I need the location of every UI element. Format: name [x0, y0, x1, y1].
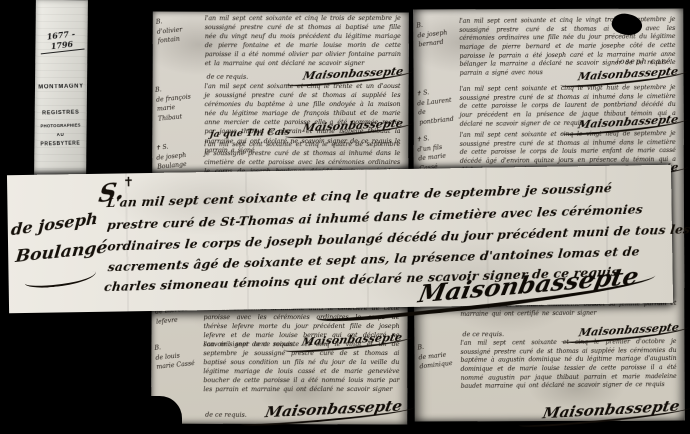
film-title-line: REGISTRES	[35, 109, 87, 116]
burial-record: ✝ S. de Laurent de pontbriand l'an mil s…	[414, 85, 684, 130]
magnified-entry-overlay: ✝ S. de joseph Boulangé L'an mil sept ce…	[7, 165, 673, 313]
record-closing: de ce requis.	[207, 73, 249, 81]
baptism-record: B. de joseph bernard l'an mil sept cent …	[413, 17, 683, 82]
microfilm-frame: 1677 - 1796 MONTMAGNY REGISTRES PHOTOGRA…	[0, 0, 690, 434]
margin-note: ✝ S. de Laurent de pontbriand	[416, 85, 460, 128]
priest-signature: Maisonbassepte	[264, 397, 404, 421]
film-years: 1677 - 1796	[38, 28, 84, 55]
record-text: l'an mil sept cent soixante et cinq le p…	[460, 338, 676, 392]
film-title-line: MONTMAGNY	[35, 83, 87, 90]
record-closing: de ce requis.	[205, 411, 247, 419]
film-title-line: AU	[34, 131, 86, 137]
priest-signature: Maisonbassepte	[541, 397, 681, 423]
baptism-record: B. de marie dominique l'an mil sept cent…	[414, 339, 684, 420]
baptism-record: B. de françois marie Thibaut l'an mil se…	[152, 81, 408, 132]
film-title-card: 1677 - 1796 MONTMAGNY REGISTRES PHOTOGRA…	[34, 0, 88, 176]
overlay-margin-line: de joseph	[10, 209, 98, 240]
film-defect-mark	[519, 0, 561, 9]
margin-note: ✝ S. de joseph Boulange	[155, 139, 204, 172]
margin-note: B. de louis marie Cassé	[154, 339, 203, 372]
margin-note: B. d'olivier fontain	[155, 13, 204, 46]
priest-signature: Maisonbassepte	[578, 321, 681, 340]
film-title-line: PHOTOGRAPHIES	[35, 122, 87, 128]
record-text: l'an mil sept cent soixante et cinq le v…	[203, 340, 399, 395]
flourish-line	[24, 271, 97, 289]
margin-note: B. de françois marie Thibaut	[155, 81, 205, 124]
margin-note: B. de joseph bernard	[416, 17, 459, 50]
godfather-signature: ioseph caré	[617, 57, 672, 66]
record-text: l'an mil sept cent soixante et cinq le t…	[205, 14, 401, 69]
baptism-record: B. d'olivier fontain l'an mil sept cent …	[153, 13, 409, 80]
margin-note: B. de marie dominique	[417, 339, 460, 372]
film-title-line: PRESBYTERE	[34, 140, 86, 147]
record-closing: de ce requis.	[462, 330, 504, 338]
overlay-margin-line: Boulangé	[14, 238, 108, 267]
baptism-record: B. de louis marie Cassé l'an mil sept ce…	[151, 339, 407, 418]
